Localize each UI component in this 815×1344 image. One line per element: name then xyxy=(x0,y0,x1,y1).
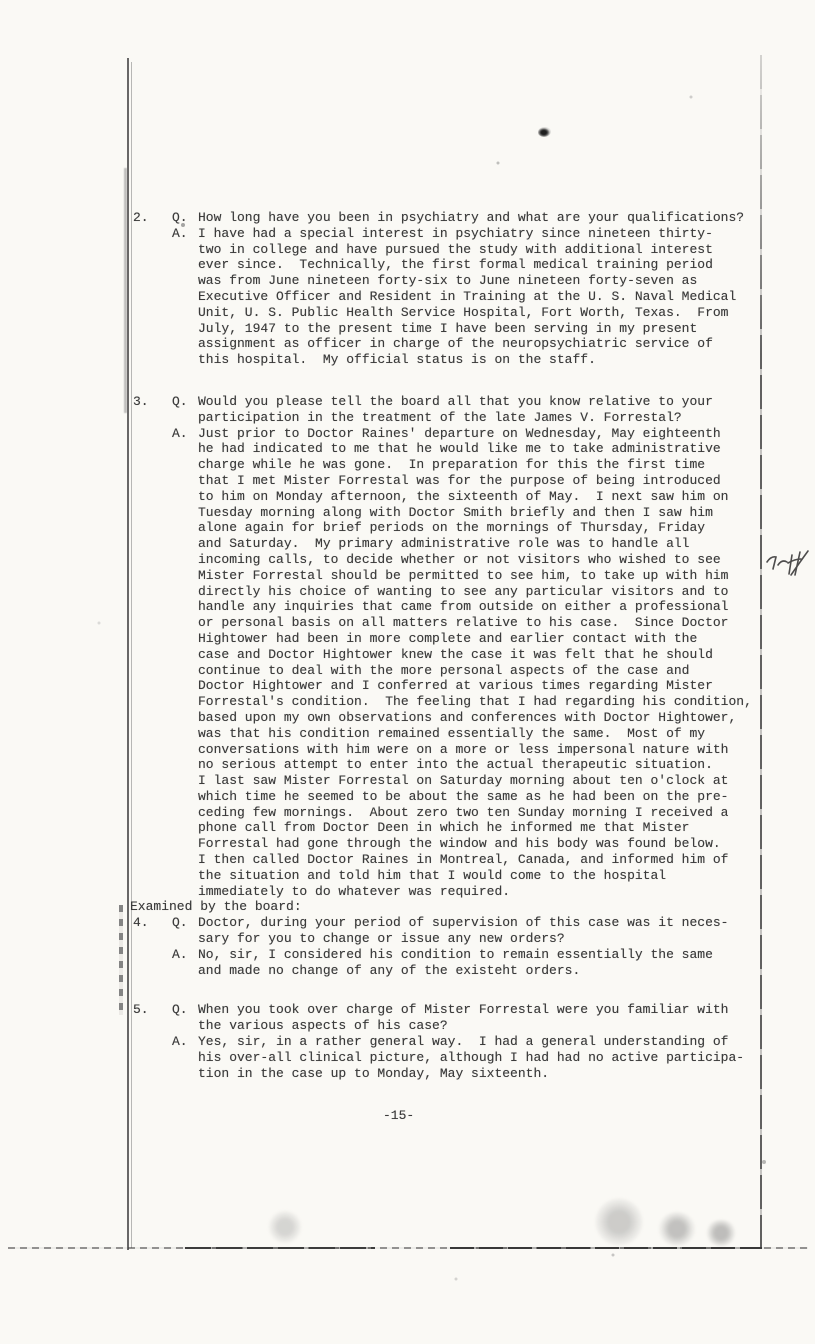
document-line: 2.Q.How long have you been in psychiatry… xyxy=(133,210,815,226)
qa-label xyxy=(172,1018,198,1034)
qa-label xyxy=(172,599,198,615)
document-line: which time he seemed to be about the sam… xyxy=(133,789,815,805)
scan-smudge xyxy=(268,1210,302,1244)
document-line: ceding few mornings. About zero two ten … xyxy=(133,805,815,821)
line-text: sary for you to change or issue any new … xyxy=(198,931,815,947)
line-text: I last saw Mister Forrestal on Saturday … xyxy=(198,773,815,789)
document-line: 3.Q.Would you please tell the board all … xyxy=(133,394,815,410)
item-number xyxy=(133,489,172,505)
qa-label xyxy=(172,273,198,289)
document-line: his over-all clinical picture, although … xyxy=(133,1050,815,1066)
line-text: Yes, sir, in a rather general way. I had… xyxy=(198,1034,815,1050)
qa-label: A. xyxy=(172,1034,198,1050)
line-text: no serious attempt to enter into the act… xyxy=(198,757,815,773)
qa-label xyxy=(172,410,198,426)
document-line: 4.Q.Doctor, during your period of superv… xyxy=(133,915,815,931)
document-line: directly his choice of wanting to see an… xyxy=(133,584,815,600)
qa-item-3: 3.Q.Would you please tell the board all … xyxy=(133,394,815,900)
item-number xyxy=(133,678,172,694)
bottom-rule-dark-segment xyxy=(185,1247,375,1250)
qa-label xyxy=(172,615,198,631)
item-number xyxy=(133,931,172,947)
document-line: sary for you to change or issue any new … xyxy=(133,931,815,947)
document-line: charge while he was gone. In preparation… xyxy=(133,457,815,473)
qa-label: Q. xyxy=(172,1002,198,1018)
document-line: I last saw Mister Forrestal on Saturday … xyxy=(133,773,815,789)
item-number xyxy=(133,647,172,663)
line-text: conversations with him were on a more or… xyxy=(198,742,815,758)
qa-label xyxy=(172,242,198,258)
qa-label xyxy=(172,305,198,321)
line-text: incoming calls, to decide whether or not… xyxy=(198,552,815,568)
item-number xyxy=(133,568,172,584)
document-line: or personal basis on all matters relativ… xyxy=(133,615,815,631)
qa-label xyxy=(172,742,198,758)
line-text: his over-all clinical picture, although … xyxy=(198,1050,815,1066)
qa-label xyxy=(172,1050,198,1066)
line-text: the situation and told him that I would … xyxy=(198,868,815,884)
document-line: he had indicated to me that he would lik… xyxy=(133,441,815,457)
document-line: Tuesday morning along with Doctor Smith … xyxy=(133,505,815,521)
item-number xyxy=(133,410,172,426)
document-line: was that his condition remained essentia… xyxy=(133,726,815,742)
line-text: charge while he was gone. In preparation… xyxy=(198,457,815,473)
document-line: A.Yes, sir, in a rather general way. I h… xyxy=(133,1034,815,1050)
line-text: How long have you been in psychiatry and… xyxy=(198,210,815,226)
qa-label xyxy=(172,489,198,505)
document-line: 5.Q.When you took over charge of Mister … xyxy=(133,1002,815,1018)
item-number xyxy=(133,1066,172,1082)
qa-label xyxy=(172,520,198,536)
qa-label xyxy=(172,884,198,900)
qa-label xyxy=(172,321,198,337)
document-line: conversations with him were on a more or… xyxy=(133,742,815,758)
qa-label xyxy=(172,773,198,789)
document-line: Unit, U. S. Public Health Service Hospit… xyxy=(133,305,815,321)
qa-label xyxy=(172,336,198,352)
document-line: based upon my own observations and confe… xyxy=(133,710,815,726)
item-number xyxy=(133,273,172,289)
document-line: Forrestal's condition. The feeling that … xyxy=(133,694,815,710)
item-number xyxy=(133,631,172,647)
document-line: incoming calls, to decide whether or not… xyxy=(133,552,815,568)
line-text: I then called Doctor Raines in Montreal,… xyxy=(198,852,815,868)
line-text: that I met Mister Forrestal was for the … xyxy=(198,473,815,489)
qa-label xyxy=(172,457,198,473)
item-number: 5. xyxy=(133,1002,172,1018)
item-number xyxy=(133,257,172,273)
line-text: phone call from Doctor Deen in which he … xyxy=(198,820,815,836)
item-number xyxy=(133,789,172,805)
line-text: which time he seemed to be about the sam… xyxy=(198,789,815,805)
line-text: participation in the treatment of the la… xyxy=(198,410,815,426)
line-text: Tuesday morning along with Doctor Smith … xyxy=(198,505,815,521)
item-number xyxy=(133,321,172,337)
qa-item-2: 2.Q.How long have you been in psychiatry… xyxy=(133,210,815,368)
qa-label xyxy=(172,678,198,694)
item-number xyxy=(133,852,172,868)
document-line: case and Doctor Hightower knew the case … xyxy=(133,647,815,663)
line-text: ceding few mornings. About zero two ten … xyxy=(198,805,815,821)
document-line: that I met Mister Forrestal was for the … xyxy=(133,473,815,489)
line-text: Just prior to Doctor Raines' departure o… xyxy=(198,426,815,442)
document-line: ever since. Technically, the first forma… xyxy=(133,257,815,273)
document-line: this hospital. My official status is on … xyxy=(133,352,815,368)
scan-smudge xyxy=(658,1212,696,1246)
qa-label xyxy=(172,726,198,742)
document-line: the various aspects of his case? xyxy=(133,1018,815,1034)
document-line: July, 1947 to the present time I have be… xyxy=(133,321,815,337)
item-number: 2. xyxy=(133,210,172,226)
testimony-text: 2.Q.How long have you been in psychiatry… xyxy=(0,0,815,1097)
qa-label xyxy=(172,931,198,947)
qa-label: A. xyxy=(172,226,198,242)
qa-label xyxy=(172,757,198,773)
line-text: immediately to do whatever was required. xyxy=(198,884,815,900)
item-number xyxy=(133,1050,172,1066)
line-text: Unit, U. S. Public Health Service Hospit… xyxy=(198,305,815,321)
item-number xyxy=(133,457,172,473)
scan-smudge xyxy=(705,1220,737,1246)
qa-label xyxy=(172,836,198,852)
document-line: and Saturday. My primary administrative … xyxy=(133,536,815,552)
qa-label xyxy=(172,710,198,726)
line-text: he had indicated to me that he would lik… xyxy=(198,441,815,457)
line-text: directly his choice of wanting to see an… xyxy=(198,584,815,600)
document-line: Executive Officer and Resident in Traini… xyxy=(133,289,815,305)
item-number xyxy=(133,1034,172,1050)
line-text: and made no change of any of the existeh… xyxy=(198,963,815,979)
qa-label xyxy=(172,536,198,552)
document-line: Mister Forrestal should be permitted to … xyxy=(133,568,815,584)
line-text: handle any inquiries that came from outs… xyxy=(198,599,815,615)
document-line: continue to deal with the more personal … xyxy=(133,663,815,679)
document-line: Hightower had been in more complete and … xyxy=(133,631,815,647)
line-text: I have had a special interest in psychia… xyxy=(198,226,815,242)
item-number xyxy=(133,742,172,758)
line-text: was from June nineteen forty-six to June… xyxy=(198,273,815,289)
item-number xyxy=(133,836,172,852)
item-number xyxy=(133,552,172,568)
qa-label xyxy=(172,694,198,710)
qa-label xyxy=(172,257,198,273)
item-number xyxy=(133,710,172,726)
line-text: case and Doctor Hightower knew the case … xyxy=(198,647,815,663)
line-text: Mister Forrestal should be permitted to … xyxy=(198,568,815,584)
qa-label: Q. xyxy=(172,210,198,226)
qa-label xyxy=(172,852,198,868)
item-number xyxy=(133,441,172,457)
item-number xyxy=(133,1018,172,1034)
qa-label xyxy=(172,820,198,836)
qa-label xyxy=(172,505,198,521)
line-text: When you took over charge of Mister Forr… xyxy=(198,1002,815,1018)
item-number xyxy=(133,726,172,742)
document-line: A.Just prior to Doctor Raines' departure… xyxy=(133,426,815,442)
item-number xyxy=(133,226,172,242)
line-text: assignment as officer in charge of the n… xyxy=(198,336,815,352)
document-line: handle any inquiries that came from outs… xyxy=(133,599,815,615)
line-text: was that his condition remained essentia… xyxy=(198,726,815,742)
document-line: Doctor Hightower and I conferred at vari… xyxy=(133,678,815,694)
item-number xyxy=(133,805,172,821)
qa-label xyxy=(172,789,198,805)
examined-note: Examined by the board: xyxy=(130,899,815,915)
page-number: -15- xyxy=(383,1108,414,1123)
line-text: and Saturday. My primary administrative … xyxy=(198,536,815,552)
item-number xyxy=(133,868,172,884)
item-number xyxy=(133,884,172,900)
line-text: or personal basis on all matters relativ… xyxy=(198,615,815,631)
item-number xyxy=(133,773,172,789)
testimony-blocks: 2.Q.How long have you been in psychiatry… xyxy=(133,210,815,1081)
line-text: No, sir, I considered his condition to r… xyxy=(198,947,815,963)
line-text: Doctor, during your period of supervisio… xyxy=(198,915,815,931)
item-number xyxy=(133,536,172,552)
document-line: assignment as officer in charge of the n… xyxy=(133,336,815,352)
item-number xyxy=(133,820,172,836)
qa-label xyxy=(172,1066,198,1082)
document-line: alone again for brief periods on the mor… xyxy=(133,520,815,536)
line-text: Executive Officer and Resident in Traini… xyxy=(198,289,815,305)
qa-label xyxy=(172,647,198,663)
item-number xyxy=(133,663,172,679)
line-text: July, 1947 to the present time I have be… xyxy=(198,321,815,337)
document-line: A.I have had a special interest in psych… xyxy=(133,226,815,242)
document-line: immediately to do whatever was required. xyxy=(133,884,815,900)
item-number xyxy=(133,336,172,352)
line-text: Forrestal's condition. The feeling that … xyxy=(198,694,815,710)
item-number xyxy=(133,426,172,442)
document-line: two in college and have pursued the stud… xyxy=(133,242,815,258)
line-text: tion in the case up to Monday, May sixte… xyxy=(198,1066,815,1082)
line-text: ever since. Technically, the first forma… xyxy=(198,257,815,273)
line-text: Hightower had been in more complete and … xyxy=(198,631,815,647)
qa-label xyxy=(172,289,198,305)
qa-item-4: 4.Q.Doctor, during your period of superv… xyxy=(133,915,815,978)
qa-label xyxy=(172,552,198,568)
document-line: A.No, sir, I considered his condition to… xyxy=(133,947,815,963)
document-line: I then called Doctor Raines in Montreal,… xyxy=(133,852,815,868)
item-number xyxy=(133,947,172,963)
qa-label xyxy=(172,441,198,457)
item-number xyxy=(133,289,172,305)
qa-label: A. xyxy=(172,426,198,442)
item-number xyxy=(133,473,172,489)
document-line: was from June nineteen forty-six to June… xyxy=(133,273,815,289)
line-text: Forrestal had gone through the window an… xyxy=(198,836,815,852)
item-number xyxy=(133,305,172,321)
document-line: phone call from Doctor Deen in which he … xyxy=(133,820,815,836)
item-number xyxy=(133,615,172,631)
qa-label: A. xyxy=(172,947,198,963)
line-text: two in college and have pursued the stud… xyxy=(198,242,815,258)
line-text: the various aspects of his case? xyxy=(198,1018,815,1034)
document-line: the situation and told him that I would … xyxy=(133,868,815,884)
item-number xyxy=(133,694,172,710)
qa-label xyxy=(172,805,198,821)
item-number xyxy=(133,505,172,521)
item-number xyxy=(133,757,172,773)
qa-label: Q. xyxy=(172,394,198,410)
line-text: based upon my own observations and confe… xyxy=(198,710,815,726)
qa-label xyxy=(172,584,198,600)
item-number: 4. xyxy=(133,915,172,931)
line-text: to him on Monday afternoon, the sixteent… xyxy=(198,489,815,505)
item-number xyxy=(133,599,172,615)
qa-label xyxy=(172,568,198,584)
qa-item-5: 5.Q.When you took over charge of Mister … xyxy=(133,1002,815,1081)
qa-label: Q. xyxy=(172,915,198,931)
item-number xyxy=(133,520,172,536)
qa-label xyxy=(172,868,198,884)
document-line: and made no change of any of the existeh… xyxy=(133,963,815,979)
document-line: Forrestal had gone through the window an… xyxy=(133,836,815,852)
item-number xyxy=(133,584,172,600)
scanned-document-page: 2.Q.How long have you been in psychiatry… xyxy=(0,0,815,1344)
qa-label xyxy=(172,663,198,679)
qa-label xyxy=(172,631,198,647)
item-number xyxy=(133,963,172,979)
qa-label xyxy=(172,963,198,979)
document-line: participation in the treatment of the la… xyxy=(133,410,815,426)
item-number xyxy=(133,352,172,368)
document-line: to him on Monday afternoon, the sixteent… xyxy=(133,489,815,505)
line-text: continue to deal with the more personal … xyxy=(198,663,815,679)
document-line: tion in the case up to Monday, May sixte… xyxy=(133,1066,815,1082)
document-line: no serious attempt to enter into the act… xyxy=(133,757,815,773)
qa-label xyxy=(172,473,198,489)
item-number xyxy=(133,242,172,258)
scan-smudge xyxy=(595,1198,643,1246)
line-text: Would you please tell the board all that… xyxy=(198,394,815,410)
bottom-rule-dark-segment xyxy=(450,1247,762,1250)
qa-label xyxy=(172,352,198,368)
line-text: this hospital. My official status is on … xyxy=(198,352,815,368)
item-number: 3. xyxy=(133,394,172,410)
line-text: alone again for brief periods on the mor… xyxy=(198,520,815,536)
line-text: Doctor Hightower and I conferred at vari… xyxy=(198,678,815,694)
